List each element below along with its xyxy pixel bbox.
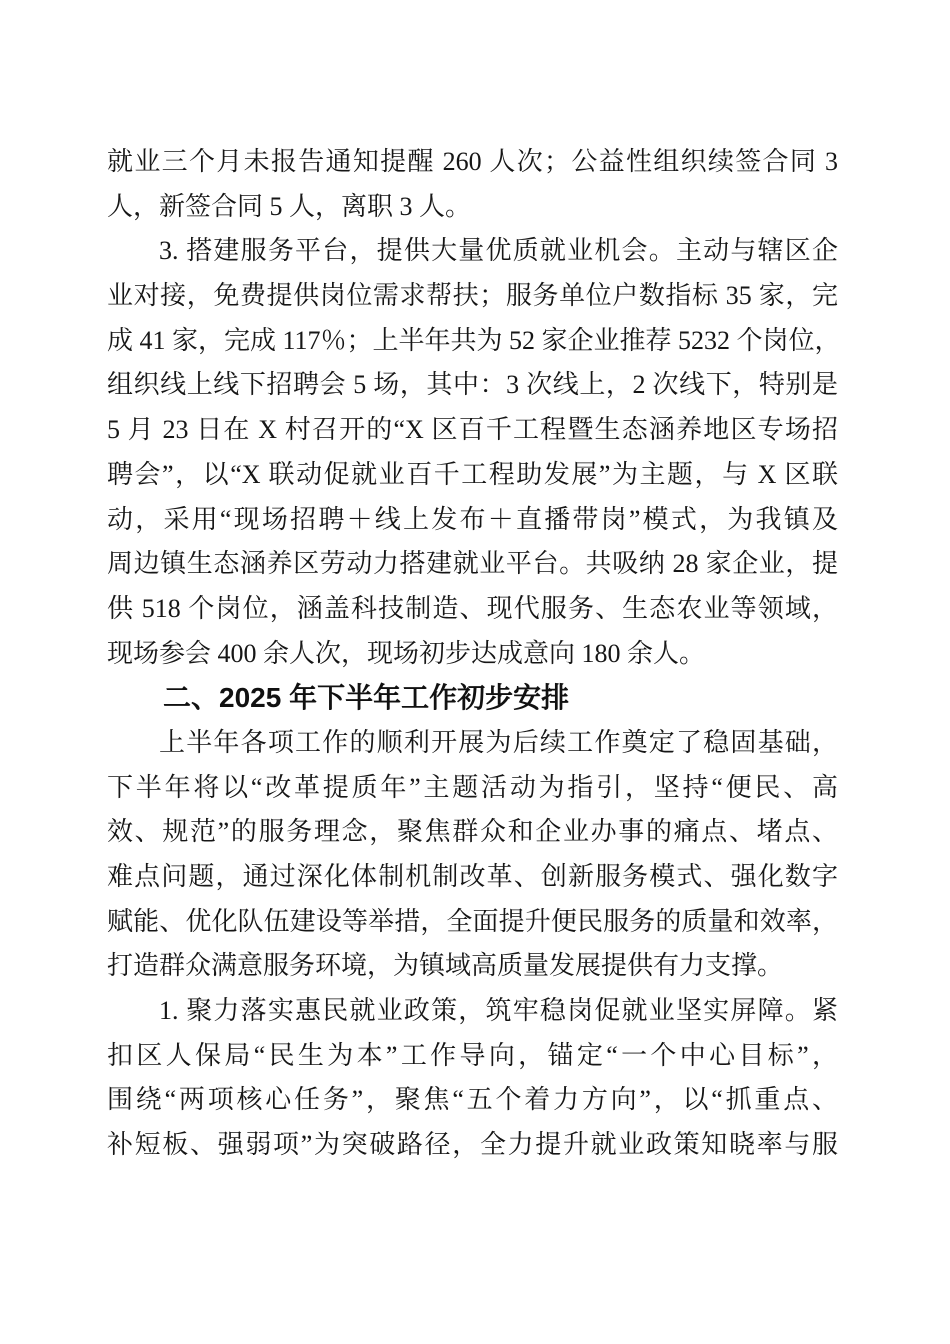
text-line: 组织线上线下招聘会 5 场，其中：3 次线上，2 次线下，特别是 <box>107 363 838 408</box>
text-line: 供 518 个岗位，涵盖科技制造、现代服务、生态农业等领域， <box>107 587 838 632</box>
document-page: 就业三个月未报告通知提醒 260 人次；公益性组织续签合同 3人，新签合同 5 … <box>0 0 950 1344</box>
text-line: 3. 搭建服务平台，提供大量优质就业机会。主动与辖区企 <box>107 229 838 274</box>
text-line: 就业三个月未报告通知提醒 260 人次；公益性组织续签合同 3 <box>107 140 838 185</box>
text-line: 动，采用“现场招聘＋线上发布＋直播带岗”模式，为我镇及 <box>107 498 838 543</box>
text-line: 下半年将以“改革提质年”主题活动为指引，坚持“便民、高 <box>107 766 838 811</box>
text-line: 成 41 家，完成 117％；上半年共为 52 家企业推荐 5232 个岗位， <box>107 319 838 364</box>
text-line: 人，新签合同 5 人，离职 3 人。 <box>107 185 838 230</box>
section-heading: 二、2025 年下半年工作初步安排 <box>107 676 838 721</box>
text-line: 赋能、优化队伍建设等举措，全面提升便民服务的质量和效率， <box>107 900 838 945</box>
text-line: 扣区人保局“民生为本”工作导向，锚定“一个中心目标”， <box>107 1034 838 1079</box>
text-line: 上半年各项工作的顺利开展为后续工作奠定了稳固基础， <box>107 721 838 766</box>
text-line: 周边镇生态涵养区劳动力搭建就业平台。共吸纳 28 家企业，提 <box>107 542 838 587</box>
text-line: 业对接，免费提供岗位需求帮扶；服务单位户数指标 35 家，完 <box>107 274 838 319</box>
text-line: 补短板、强弱项”为突破路径，全力提升就业政策知晓率与服 <box>107 1123 838 1168</box>
text-line: 现场参会 400 余人次，现场初步达成意向 180 余人。 <box>107 632 838 677</box>
text-line: 打造群众满意服务环境，为镇域高质量发展提供有力支撑。 <box>107 944 838 989</box>
document-body: 就业三个月未报告通知提醒 260 人次；公益性组织续签合同 3人，新签合同 5 … <box>107 140 838 1168</box>
text-line: 1. 聚力落实惠民就业政策，筑牢稳岗促就业坚实屏障。紧 <box>107 989 838 1034</box>
text-line: 5 月 23 日在 X 村召开的“X 区百千工程暨生态涵养地区专场招 <box>107 408 838 453</box>
text-line: 围绕“两项核心任务”，聚焦“五个着力方向”，以“抓重点、 <box>107 1078 838 1123</box>
text-line: 效、规范”的服务理念，聚焦群众和企业办事的痛点、堵点、 <box>107 810 838 855</box>
text-line: 难点问题，通过深化体制机制改革、创新服务模式、强化数字 <box>107 855 838 900</box>
text-line: 聘会”，以“X 联动促就业百千工程助发展”为主题，与 X 区联 <box>107 453 838 498</box>
